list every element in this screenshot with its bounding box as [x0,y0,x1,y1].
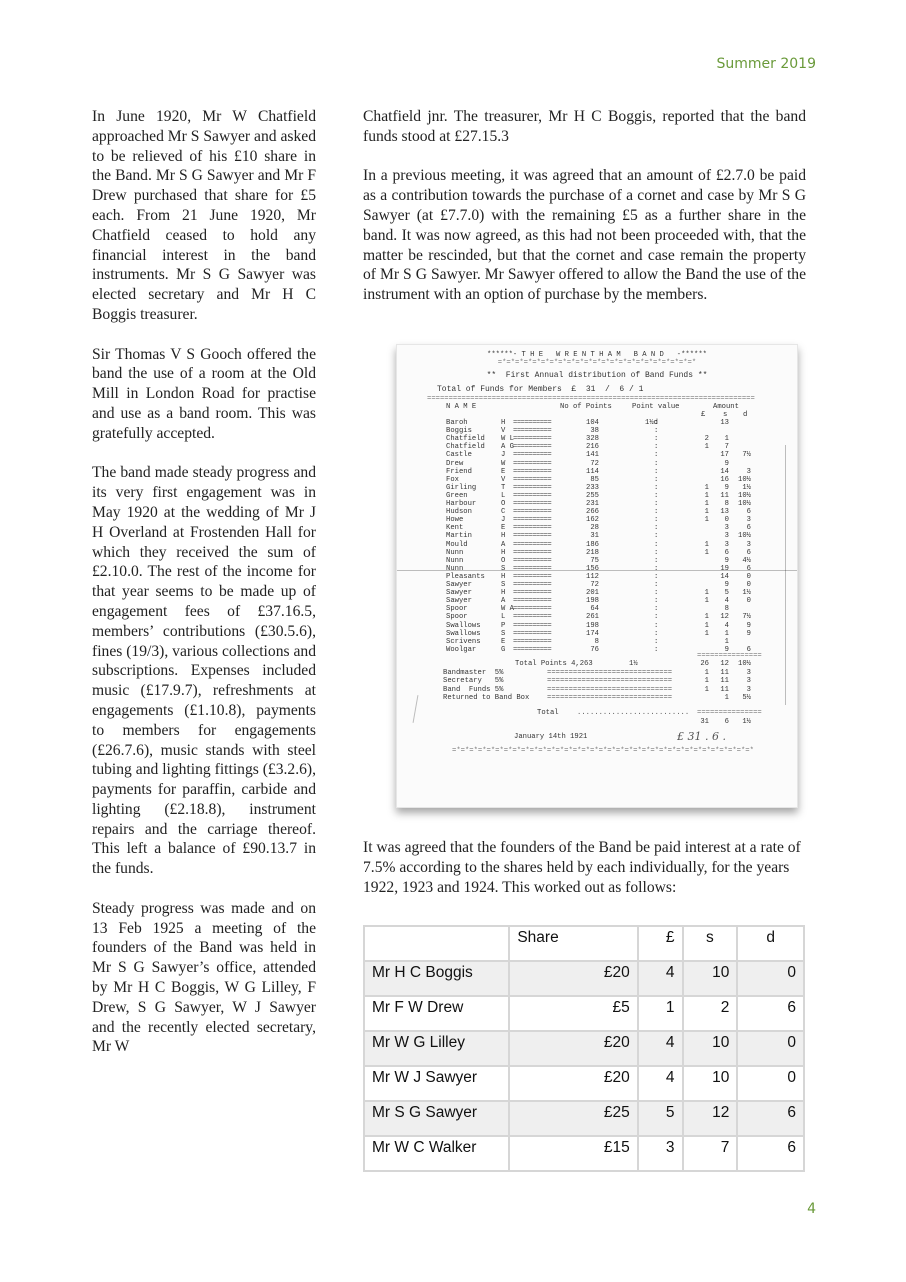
header-share: Share [509,926,637,961]
paragraph: It was agreed that the founders of the B… [363,838,806,897]
dash-leader: ========== [513,500,551,508]
sheet-row-points: 85 [569,476,599,484]
sheet-row-initial: S [501,630,505,638]
sheet-row-s: 9 [715,581,729,589]
ditto-mark: : [654,492,658,500]
dash-leader: ========== [513,605,551,613]
ditto-mark: : [654,451,658,459]
grand-total-s: 6 [715,718,729,726]
header-shillings: s [683,926,738,961]
sheet-row-points: 156 [569,565,599,573]
sheet-row-d: 10½ [735,492,751,500]
ditto-mark: : [654,435,658,443]
sheet-row-initial: L [501,492,505,500]
allocation-l: 1 [697,669,709,677]
sheet-heading: ** First Annual distribution of Band Fun… [397,371,797,380]
sheet-row-points: 114 [569,468,599,476]
sheet-row-initial: V [501,427,505,435]
sheet-row-s: 9 [715,460,729,468]
allocation-s: 11 [715,677,729,685]
ditto-mark: : [654,622,658,630]
row-pounds-cell: 4 [638,1031,683,1066]
sheet-row-points: 218 [569,549,599,557]
dash-leader: ========== [513,460,551,468]
ditto-mark: : [654,549,658,557]
left-column: In June 1920, Mr W Chatfield approached … [92,107,316,1077]
sheet-row-initial: A G [501,443,514,451]
table-header-row: Share £ s d [364,926,804,961]
dash-leader: ========== [513,427,551,435]
sheet-row-d: 4½ [735,557,751,565]
sheet-row-initial: T [501,484,505,492]
sheet-row-d: 6 [735,508,751,516]
sheet-row-s: 16 [715,476,729,484]
dash-leader: ========== [513,476,551,484]
dash-leader: ========== [513,589,551,597]
sheet-row-s: 17 [715,451,729,459]
ditto-mark: : [654,484,658,492]
sheet-row-points: 233 [569,484,599,492]
ditto-mark: : [654,638,658,646]
total-funds-line: Total of Funds for Members £ 31 / 6 / 1 [437,385,643,394]
ditto-mark: : [654,613,658,621]
sheet-row-s: 4 [715,597,729,605]
row-share-cell: £5 [509,996,637,1031]
sheet-row-l: 1 [697,622,709,630]
ditto-mark: : [654,524,658,532]
grand-total-d: 1½ [735,718,751,726]
sheet-row-d: 10½ [735,476,751,484]
document-photo: ******- T H E W R E N T H A M B A N D -*… [396,344,798,808]
ditto-mark: : [654,581,658,589]
paragraph: Sir Thomas V S Gooch offered the band th… [92,345,316,444]
fold-crease [397,570,797,571]
dash-leader: ========== [513,484,551,492]
total-l: 26 [697,660,709,668]
sheet-row-initial: A [501,597,505,605]
row-pence-cell: 0 [737,1031,804,1066]
sheet-row-points: 72 [569,581,599,589]
row-pence-cell: 6 [737,1136,804,1171]
sheet-row-points: 8 [569,638,599,646]
sheet-row-initial: A [501,541,505,549]
sheet-row-initial: S [501,565,505,573]
sheet-row-name: Nunn [446,549,463,557]
ditto-mark: : [654,460,658,468]
sheet-row-points: 162 [569,516,599,524]
sheet-row-s: 7 [715,443,729,451]
sheet-row-l: 1 [697,541,709,549]
sheet-row-s: 1 [715,435,729,443]
sheet-row-d: 7½ [735,451,751,459]
sheet-row-points: 198 [569,622,599,630]
ditto-mark: : [654,605,658,613]
right-column-mid: It was agreed that the founders of the B… [363,838,806,917]
total-d: 10½ [735,660,751,668]
sheet-row-name: Sawyer [446,597,472,605]
sheet-row-l: 1 [697,589,709,597]
ditto-mark: : [654,476,658,484]
row-shillings-cell: 10 [683,1031,738,1066]
divider: =*=*=*=*=*=*=*=*=*=*=*=*=*=*=*=*=*=*=*=*… [452,747,754,755]
sheet-row-s: 13 [715,419,729,427]
handwritten-total: £ 31 . 6 . [677,730,726,743]
sheet-row-s: 14 [715,573,729,581]
paragraph: The band made steady progress and its ve… [92,463,316,879]
row-pence-cell: 6 [737,996,804,1031]
sheet-row-s: 6 [715,549,729,557]
dash-leader: ============================= [547,677,672,685]
sheet-row-name: Girling [446,484,476,492]
sheet-row-initial: S [501,581,505,589]
sheet-row-points: 231 [569,500,599,508]
sheet-row-name: Swallows [446,622,481,630]
row-name-cell: Mr F W Drew [364,996,509,1031]
row-shillings-cell: 10 [683,1066,738,1101]
allocation-l: 1 [697,677,709,685]
sheet-row-s: 11 [715,492,729,500]
table-row: Mr S G Sawyer£255126 [364,1101,804,1136]
sheet-row-initial: V [501,476,505,484]
sheet-row-d: 1½ [735,589,751,597]
sheet-row-s: 13 [715,508,729,516]
row-share-cell: £20 [509,1066,637,1101]
ditto-mark: : [654,500,658,508]
sheet-row-initial: H [501,589,505,597]
ditto-mark: : [654,516,658,524]
dash-leader: ========== [513,573,551,581]
sheet-row-name: Boggis [446,427,472,435]
dash-leader: ========== [513,451,551,459]
dash-leader: ========== [513,638,551,646]
dash-leader: ========== [513,549,551,557]
sheet-row-points: 328 [569,435,599,443]
sheet-row-d: 6 [735,565,751,573]
dash-leader: ============================= [547,669,672,677]
sheet-row-name: Friend [446,468,472,476]
allocation-l: 1 [697,686,709,694]
sheet-row-points: 266 [569,508,599,516]
total-points: Total Points 4,263 [515,660,593,668]
row-share-cell: £15 [509,1136,637,1171]
sheet-row-initial: L [501,613,505,621]
paragraph: In June 1920, Mr W Chatfield approached … [92,107,316,325]
row-share-cell: £25 [509,1101,637,1136]
sheet-row-name: Howe [446,516,463,524]
allocation-d: 3 [735,677,751,685]
table-row: Mr W C Walker£15376 [364,1136,804,1171]
table-row: Mr H C Boggis£204100 [364,961,804,996]
sheet-row-name: Spoor [446,605,468,613]
col-amount: Amount [713,403,739,411]
row-shillings-cell: 7 [683,1136,738,1171]
sheet-row-name: Mould [446,541,468,549]
ditto-mark: : [654,419,658,427]
sheet-row-initial: J [501,516,505,524]
dash-leader: ========== [513,435,551,443]
dash-leader: ========== [513,532,551,540]
sheet-row-name: Castle [446,451,472,459]
sheet-row-s: 9 [715,557,729,565]
page-number: 4 [780,1201,816,1217]
dash-leader: ========== [513,581,551,589]
dash-leader: ========== [513,622,551,630]
sheet-row-points: 174 [569,630,599,638]
pen-mark [413,695,419,723]
sheet-row-l: 2 [697,435,709,443]
sheet-row-name: Sawyer [446,581,472,589]
table-row: Mr F W Drew£5126 [364,996,804,1031]
sheet-row-initial: H [501,532,505,540]
sheet-row-s: 9 [715,484,729,492]
sheet-row-l: 1 [697,630,709,638]
row-name-cell: Mr W J Sawyer [364,1066,509,1101]
sheet-row-d: 10½ [735,500,751,508]
allocation-d: 5½ [735,694,751,702]
row-pounds-cell: 4 [638,961,683,996]
sheet-row-name: Scrivens [446,638,481,646]
dash-leader: ========== [513,516,551,524]
row-name-cell: Mr W C Walker [364,1136,509,1171]
sheet-row-points: 186 [569,541,599,549]
allocation-s: 11 [715,669,729,677]
sheet-row-l: 1 [697,516,709,524]
dash-leader: ========== [513,468,551,476]
dash-leader: ========== [513,524,551,532]
paragraph: Steady progress was made and on 13 Feb 1… [92,899,316,1057]
col-s: s [723,411,727,419]
divider: =============== [697,709,762,717]
allocation-s: 11 [715,686,729,694]
ditto-mark: : [654,557,658,565]
sheet-row-points: 31 [569,532,599,540]
sheet-row-s: 1 [715,630,729,638]
sheet-row-d: 10½ [735,532,751,540]
sheet-row-initial: W L [501,435,514,443]
sheet-row-l: 1 [697,484,709,492]
ditto-mark: : [654,443,658,451]
dot-leader: .......................... [577,709,689,717]
sheet-row-name: Nunn [446,565,463,573]
sheet-row-name: Woolgar [446,646,476,654]
ditto-mark: : [654,646,658,654]
ditto-mark: : [654,589,658,597]
sheet-row-points: 72 [569,460,599,468]
total-s: 12 [715,660,729,668]
sheet-row-initial: W A [501,605,514,613]
sheet-row-name: Harbour [446,500,476,508]
sheet-row-name: Baroh [446,419,468,427]
divider: =============== [697,652,762,660]
sheet-row-name: Hudson [446,508,472,516]
sheet-row-s: 12 [715,613,729,621]
sheet-row-points: 112 [569,573,599,581]
paragraph: Chatfield jnr. The treasurer, Mr H C Bog… [363,107,806,147]
sheet-row-d: 7½ [735,613,751,621]
row-name-cell: Mr H C Boggis [364,961,509,996]
row-pence-cell: 0 [737,1066,804,1101]
sheet-row-s: 19 [715,565,729,573]
sheet-row-initial: O [501,500,505,508]
sheet-row-name: Spoor [446,613,468,621]
sheet-row-l: 1 [697,613,709,621]
sheet-row-l: 1 [697,500,709,508]
row-pence-cell: 0 [737,961,804,996]
sheet-row-name: Green [446,492,468,500]
sheet-row-s: 0 [715,516,729,524]
sheet-row-s: 4 [715,622,729,630]
ditto-mark: : [654,468,658,476]
total-points-value: 1½ [629,660,638,668]
sheet-row-points: 28 [569,524,599,532]
sheet-row-points: 38 [569,427,599,435]
sheet-row-initial: W [501,460,505,468]
allocation-label: Band Funds 5% [443,686,503,694]
allocation-label: Bandmaster 5% [443,669,503,677]
dash-leader: ========== [513,565,551,573]
sheet-row-initial: O [501,557,505,565]
row-name-cell: Mr W G Lilley [364,1031,509,1066]
row-shillings-cell: 12 [683,1101,738,1136]
sheet-row-points: 201 [569,589,599,597]
dash-leader: ========== [513,557,551,565]
row-shillings-cell: 2 [683,996,738,1031]
sheet-row-s: 14 [715,468,729,476]
sheet-row-points: 104 [569,419,599,427]
sheet-row-name: Chatfield [446,443,485,451]
sheet-row-s: 3 [715,524,729,532]
col-point-value: Point value [632,403,679,411]
sheet-row-s: 3 [715,541,729,549]
header-pounds: £ [638,926,683,961]
dash-leader: ========== [513,613,551,621]
sheet-row-initial: E [501,638,505,646]
sheet-row-initial: E [501,524,505,532]
ditto-mark: : [654,532,658,540]
grand-total-l: 31 [697,718,709,726]
sheet-row-initial: E [501,468,505,476]
paragraph: In a previous meeting, it was agreed tha… [363,166,806,305]
sheet-row-initial: C [501,508,505,516]
sheet-title: ******- T H E W R E N T H A M B A N D -*… [397,351,797,359]
header-pence: d [737,926,804,961]
col-points: No of Points [560,403,612,411]
sheet-row-d: 0 [735,581,751,589]
sheet-row-initial: J [501,451,505,459]
sheet-row-points: 216 [569,443,599,451]
sheet-row-d: 9 [735,622,751,630]
sheet-row-s: 5 [715,589,729,597]
col-name: N A M E [446,403,476,411]
col-l: £ [701,411,705,419]
sheet-row-points: 76 [569,646,599,654]
interest-table: Share £ s d Mr H C Boggis£204100Mr F W D… [363,925,805,1172]
dash-leader: ========== [513,541,551,549]
right-column-top: Chatfield jnr. The treasurer, Mr H C Bog… [363,107,806,325]
sheet-row-points: 141 [569,451,599,459]
dash-leader: ========== [513,597,551,605]
sheet-row-s: 8 [715,500,729,508]
ditto-mark: : [654,597,658,605]
ditto-mark: : [654,573,658,581]
dash-leader: ============================= [547,686,672,694]
sheet-row-d: 3 [735,468,751,476]
row-pounds-cell: 4 [638,1066,683,1101]
allocation-label: Secretary 5% [443,677,503,685]
sheet-row-s: 8 [715,605,729,613]
sheet-row-l: 1 [697,443,709,451]
sheet-row-l: 1 [697,549,709,557]
allocation-s: 1 [715,694,729,702]
sheet-row-name: Sawyer [446,589,472,597]
sheet-row-d: 9 [735,630,751,638]
row-share-cell: £20 [509,1031,637,1066]
sheet-row-points: 64 [569,605,599,613]
sheet-row-s: 3 [715,532,729,540]
sheet-row-name: Fox [446,476,459,484]
col-d: d [743,411,747,419]
sheet-row-points: 75 [569,557,599,565]
sheet-row-d: 6 [735,549,751,557]
row-pence-cell: 6 [737,1101,804,1136]
sheet-row-d: 0 [735,597,751,605]
ditto-mark: : [654,565,658,573]
sheet-row-name: Pleasants [446,573,485,581]
allocation-label: Returned to Band Box [443,694,529,702]
sheet-row-initial: G [501,646,505,654]
row-share-cell: £20 [509,961,637,996]
sheet-row-points: 261 [569,613,599,621]
dash-leader: ========== [513,492,551,500]
row-shillings-cell: 10 [683,961,738,996]
sheet-row-initial: P [501,622,505,630]
sheet-date: January 14th 1921 [514,733,587,741]
dash-leader: ========== [513,419,551,427]
sheet-row-points: 255 [569,492,599,500]
table-row: Mr W J Sawyer£204100 [364,1066,804,1101]
sheet-row-d: 3 [735,516,751,524]
table-row: Mr W G Lilley£204100 [364,1031,804,1066]
sheet-row-name: Swallows [446,630,481,638]
divider: ========================================… [427,395,755,403]
sheet-row-d: 0 [735,573,751,581]
sheet-row-name: Chatfield [446,435,485,443]
row-pounds-cell: 3 [638,1136,683,1171]
dash-leader: ========== [513,630,551,638]
sheet-row-l: 1 [697,492,709,500]
header-name [364,926,509,961]
row-pounds-cell: 1 [638,996,683,1031]
sheet-row-initial: H [501,419,505,427]
sheet-row-name: Martin [446,532,472,540]
dash-leader: ========== [513,646,551,654]
sheet-row-name: Kent [446,524,463,532]
ditto-mark: : [654,630,658,638]
sheet-row-name: Drew [446,460,463,468]
sheet-row-l: 1 [697,508,709,516]
allocation-d: 3 [735,669,751,677]
sheet-row-l: 1 [697,597,709,605]
total-label: Total [537,709,559,717]
ditto-mark: : [654,541,658,549]
issue-label: Summer 2019 [716,56,816,72]
sheet-row-initial: H [501,549,505,557]
sheet-row-initial: H [501,573,505,581]
allocation-d: 3 [735,686,751,694]
ditto-mark: : [654,508,658,516]
dash-leader: ========== [513,443,551,451]
sheet-row-points: 198 [569,597,599,605]
